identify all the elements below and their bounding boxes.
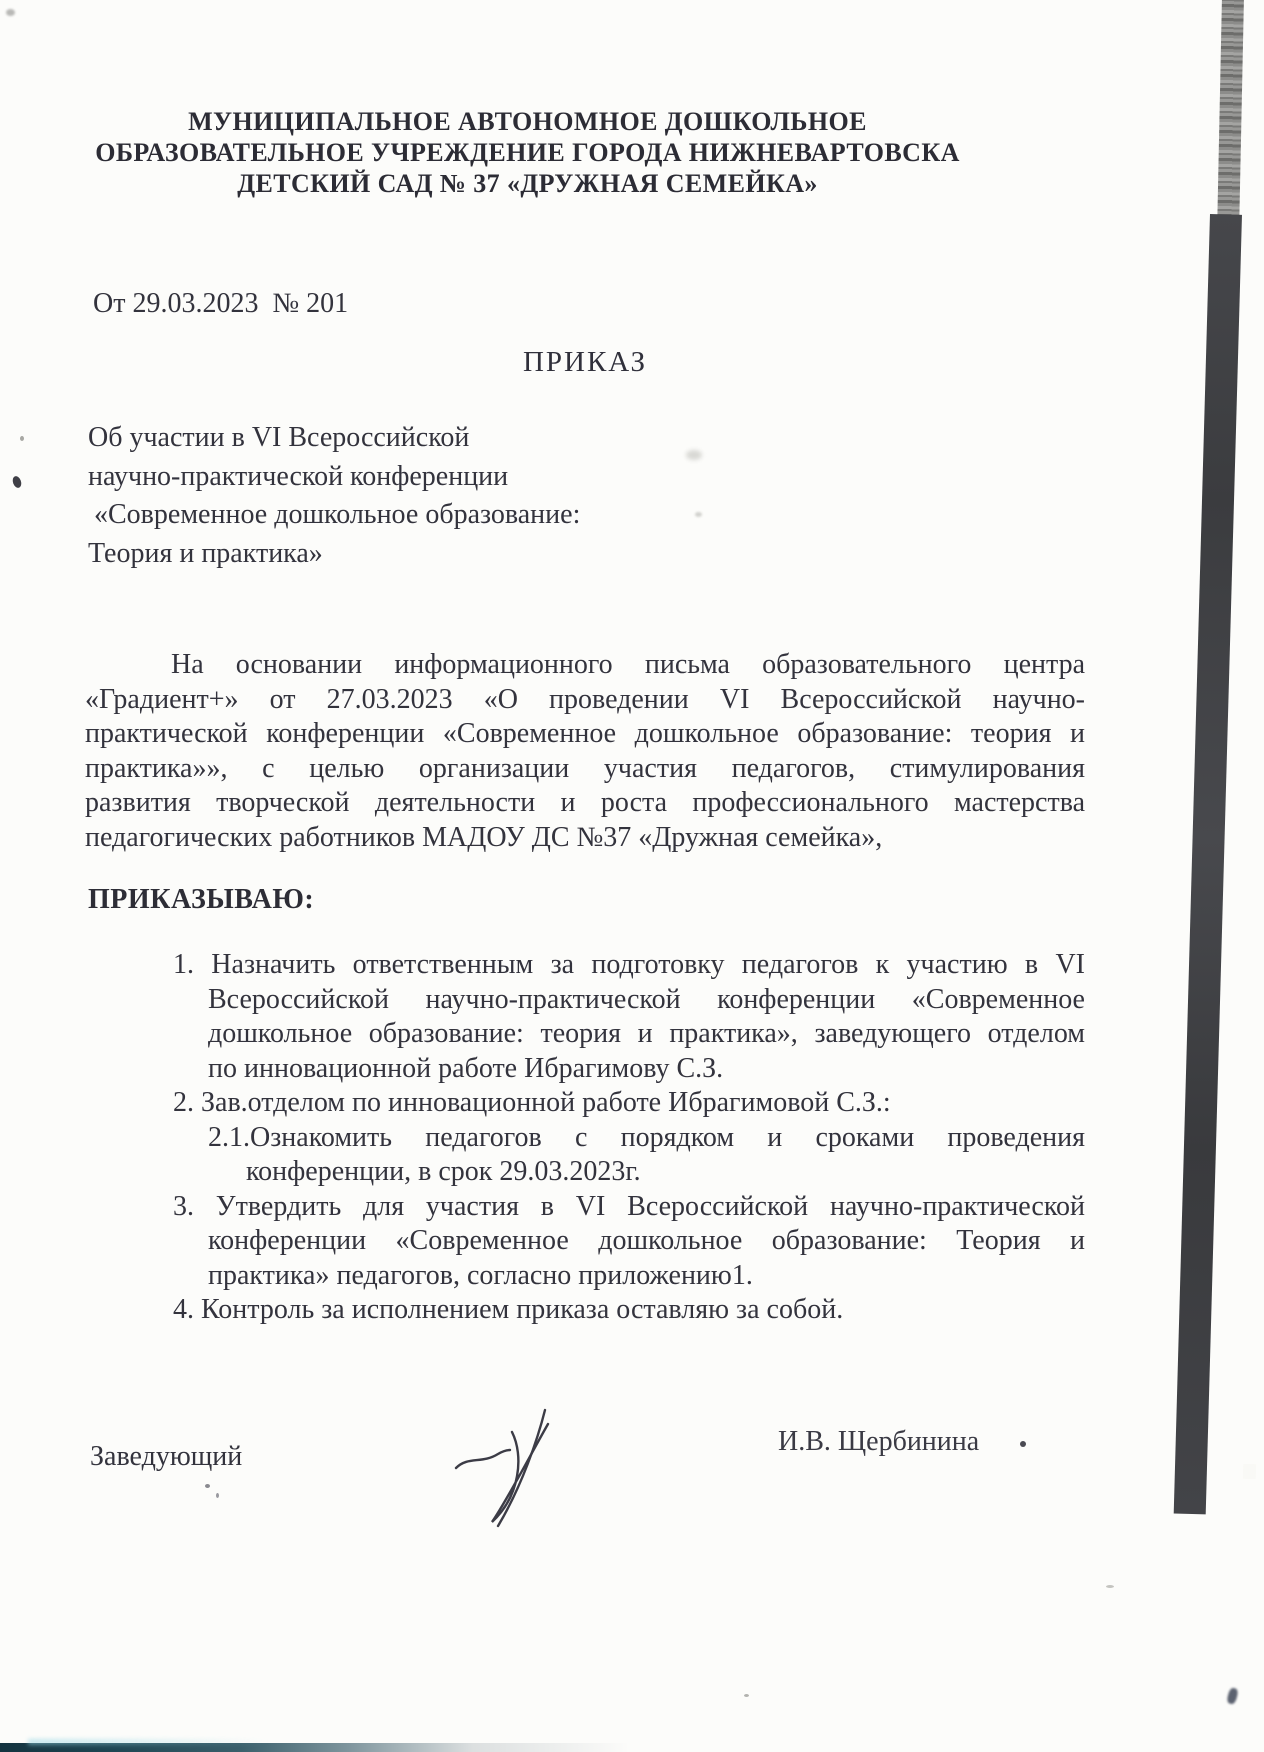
scan-speckle xyxy=(216,1493,219,1498)
subject-block: Об участии в VI Всероссийской научно-пра… xyxy=(85,419,1088,573)
subject-line: Теория и практика» xyxy=(88,535,1088,574)
document-title: ПРИКАЗ xyxy=(85,346,1085,379)
subject-line: «Современное дошкольное образование: xyxy=(88,496,1088,535)
signature-mark xyxy=(448,1404,580,1538)
org-header-line: МУНИЦИПАЛЬНОЕ АВТОНОМНОЕ ДОШКОЛЬНОЕ xyxy=(85,106,970,137)
scan-speckle xyxy=(11,475,23,489)
order-item-line: конференции «Современное дошкольное обра… xyxy=(85,1224,1085,1259)
order-item-line: дошкольное образование: теория и практик… xyxy=(85,1017,1085,1052)
body-line: педагогических работников МАДОУ ДС №37 «… xyxy=(85,821,1085,856)
body-paragraph: На основании информационного письма обра… xyxy=(85,648,1085,855)
org-header-line: ДЕТСКИЙ САД № 37 «ДРУЖНАЯ СЕМЕЙКА» xyxy=(85,168,970,199)
order-subitem-line: 2.1.Ознакомить педагогов с порядком и ср… xyxy=(85,1121,1085,1156)
subject-line: научно-практической конференции xyxy=(88,458,1088,497)
order-item-line: 2. Зав.отделом по инновационной работе И… xyxy=(85,1086,1085,1121)
body-line: практика»», с целью организации участия … xyxy=(85,752,1085,787)
scan-speckle xyxy=(686,450,702,460)
organization-header: МУНИЦИПАЛЬНОЕ АВТОНОМНОЕ ДОШКОЛЬНОЕ ОБРА… xyxy=(85,106,1085,199)
org-header-line: ОБРАЗОВАТЕЛЬНОЕ УЧРЕЖДЕНИЕ ГОРОДА НИЖНЕВ… xyxy=(85,137,970,168)
order-item-line: Всероссийской научно-практической конфер… xyxy=(85,983,1085,1018)
body-line: практической конференции «Современное до… xyxy=(85,717,1085,752)
scan-speckle xyxy=(1020,1441,1026,1447)
scan-speckle xyxy=(1106,1585,1114,1588)
order-subitem-line: конференции, в срок 29.03.2023г. xyxy=(85,1155,1085,1190)
scan-speckle xyxy=(20,436,24,441)
scan-bottom-glow xyxy=(28,1739,268,1745)
order-item-line: 1. Назначить ответственным за подготовку… xyxy=(85,948,1085,983)
order-item-line: 3. Утвердить для участия в VI Всероссийс… xyxy=(85,1190,1085,1225)
order-heading: ПРИКАЗЫВАЮ: xyxy=(85,884,1088,916)
scan-speckle xyxy=(205,1484,210,1488)
scan-speckle xyxy=(695,512,702,517)
subject-line: Об участии в VI Всероссийской xyxy=(88,419,1088,458)
scan-edge-grain xyxy=(1217,0,1244,220)
date-number-line: От 29.03.2023 № 201 xyxy=(85,288,1093,320)
scan-edge-bar-notch xyxy=(1243,1464,1256,1479)
body-line: На основании информационного письма обра… xyxy=(85,648,1085,683)
scan-speckle xyxy=(6,9,15,16)
scan-speckle xyxy=(744,1694,749,1697)
scan-edge-bar xyxy=(1174,214,1242,1514)
signer-name: И.В. Щербинина xyxy=(778,1426,979,1458)
body-line: «Градиент+» от 27.03.2023 «О проведении … xyxy=(85,683,1085,718)
order-items: 1. Назначить ответственным за подготовку… xyxy=(85,948,1085,1328)
order-item-line: практика» педагогов, согласно приложению… xyxy=(85,1259,1085,1294)
body-line: развития творческой деятельности и роста… xyxy=(85,786,1085,821)
order-item-line: 4. Контроль за исполнением приказа остав… xyxy=(85,1293,1085,1328)
order-item-line: по инновационной работе Ибрагимову С.З. xyxy=(85,1052,1085,1087)
scanned-order-document: МУНИЦИПАЛЬНОЕ АВТОНОМНОЕ ДОШКОЛЬНОЕ ОБРА… xyxy=(0,0,1264,1752)
scan-speckle xyxy=(1226,1687,1239,1705)
